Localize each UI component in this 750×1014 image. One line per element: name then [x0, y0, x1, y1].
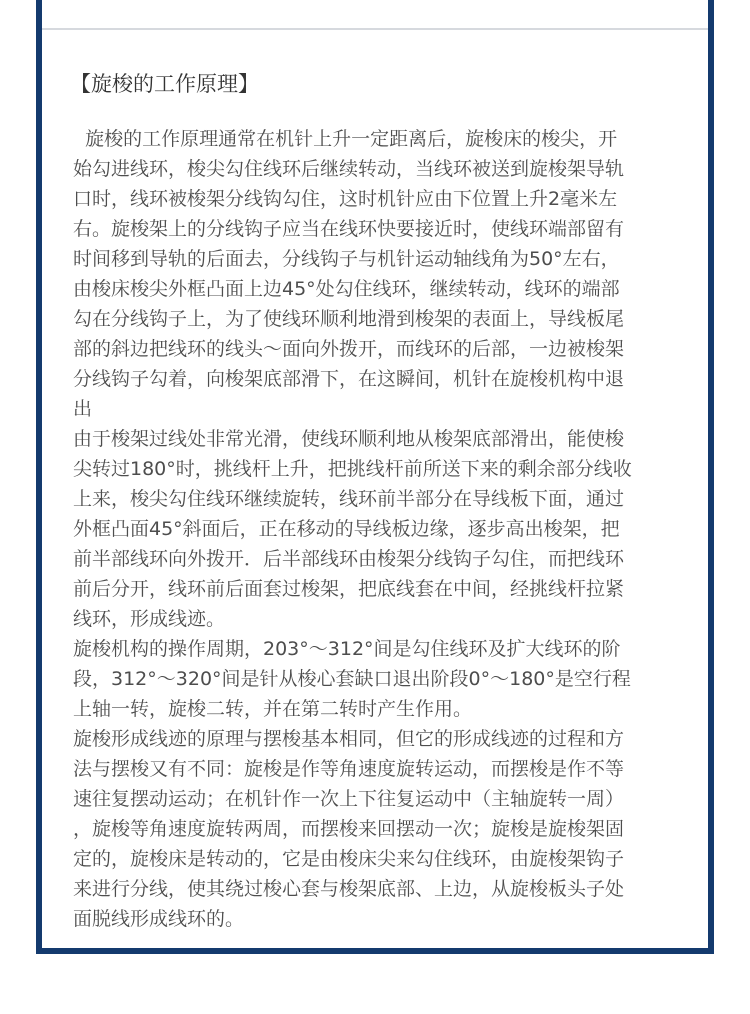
body-line: 法与摆梭又有不同：旋梭是作等角速度旋转运动，而摆梭是作不等: [73, 754, 655, 784]
body-line: 段，312°～320°间是针从梭心套缺口退出阶段0°～180°是空行程: [73, 664, 655, 694]
body-line: 速往复摆动运动；在机针作一次上下往复运动中（主轴旋转一周）: [73, 784, 655, 814]
body-line: 由于梭架过线处非常光滑，使线环顺利地从梭架底部滑出，能使梭: [73, 424, 655, 454]
body-line: 上来，梭尖勾住线环继续旋转，线环前半部分在导线板下面，通过: [73, 484, 655, 514]
article-title: 【旋梭的工作原理】: [70, 71, 259, 97]
content-card: 【旋梭的工作原理】 旋梭的工作原理通常在机针上升一定距离后，旋梭床的梭尖，开 始…: [36, 0, 714, 954]
body-line: 面脱线形成线环的。: [73, 904, 655, 934]
body-line: 上轴一转，旋梭二转，并在第二转时产生作用。: [73, 694, 655, 724]
body-line: 来进行分线，使其绕过梭心套与梭架底部、上边，从旋梭板头子处: [73, 874, 655, 904]
body-line: 线环，形成线迹。: [73, 604, 655, 634]
body-line: 口时，线环被梭架分线钩勾住，这时机针应由下位置上升2毫米左: [73, 184, 655, 214]
body-line: 勾在分线钩子上，为了使线环顺利地滑到梭架的表面上，导线板尾: [73, 304, 655, 334]
body-line: 旋梭的工作原理通常在机针上升一定距离后，旋梭床的梭尖，开: [73, 124, 655, 154]
body-line: 前后分开，线环前后面套过梭架，把底线套在中间，经挑线杆拉紧: [73, 574, 655, 604]
body-line: 旋梭形成线迹的原理与摆梭基本相同，但它的形成线迹的过程和方: [73, 724, 655, 754]
body-line: ，旋梭等角速度旋转两周，而摆梭来回摆动一次；旋梭是旋梭架固: [73, 814, 655, 844]
body-line: 旋梭机构的操作周期，203°～312°间是勾住线环及扩大线环的阶: [73, 634, 655, 664]
body-line: 外框凸面45°斜面后，正在移动的导线板边缘，逐步高出梭架，把: [73, 514, 655, 544]
body-line: 尖转过180°时，挑线杆上升，把挑线杆前所送下来的剩余部分线收: [73, 454, 655, 484]
body-line: 始勾进线环，梭尖勾住线环后继续转动，当线环被送到旋梭架导轨: [73, 154, 655, 184]
body-line: 出: [73, 394, 655, 424]
body-line: 前半部线环向外拨开．后半部线环由梭架分线钩子勾住，而把线环: [73, 544, 655, 574]
body-line: 右。旋梭架上的分线钩子应当在线环快要接近时，使线环端部留有: [73, 214, 655, 244]
body-line: 时间移到导轨的后面去，分线钩子与机针运动轴线角为50°左右，: [73, 244, 655, 274]
section-divider: [42, 28, 708, 30]
body-line: 部的斜边把线环的线头～面向外拨开，而线环的后部，一边被梭架: [73, 334, 655, 364]
body-line: 分线钩子勾着，向梭架底部滑下，在这瞬间，机针在旋梭机构中退: [73, 364, 655, 394]
body-line: 由梭床梭尖外框凸面上边45°处勾住线环，继续转动，线环的端部: [73, 274, 655, 304]
article-body: 旋梭的工作原理通常在机针上升一定距离后，旋梭床的梭尖，开 始勾进线环，梭尖勾住线…: [73, 124, 655, 934]
body-line: 定的，旋梭床是转动的，它是由梭床尖来勾住线环，由旋梭架钩子: [73, 844, 655, 874]
